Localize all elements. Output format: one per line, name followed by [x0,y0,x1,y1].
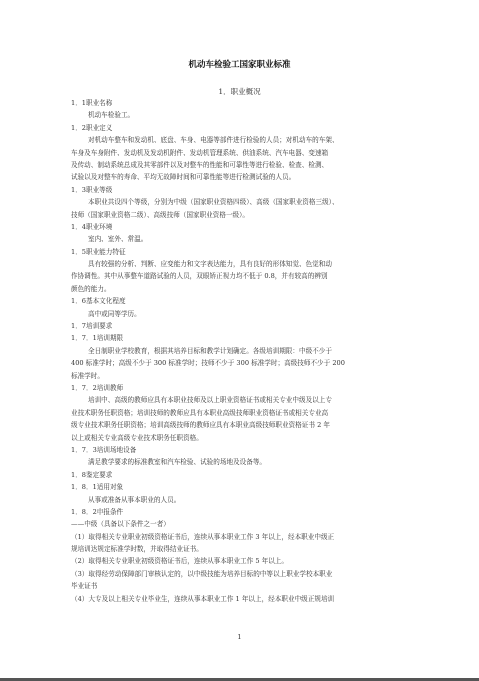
subsection-heading: 1．7．1培训期限 [71,332,411,344]
paragraph-line: 室内、室外、常温。 [71,233,411,245]
paragraph-line: 高中或同等学历。 [71,308,411,320]
paragraph-line: （3）取得经劳动保障部门审核认定的，以中级技能为培养目标的中等以上职业学校本职业 [71,568,411,580]
subsection-heading: 1．6基本文化程度 [71,295,411,307]
paragraph-line: 机动车检验工。 [71,109,411,121]
subsection-heading: 1．8．2申报条件 [71,506,411,518]
paragraph-line: 全日制职业学校教育，根据其培养目标和教学计划确定。各级培训期限：中级不少于 [71,345,411,357]
paragraph-line: 以上或相关专业高级专业技术职务任职资格。 [71,432,411,444]
subsection-heading: 1．4职业环境 [71,221,411,233]
paragraph-line: 从事或准备从事本职业的人员。 [71,494,411,506]
paragraph-line: 毕业证书 [71,580,411,592]
paragraph-line: 作协调性。其中从事整车道路试验的人员，双眼矫正视力均不低于 0.8，并有较高的辨… [71,270,411,282]
paragraph-line: 400 标准学时；高级不少于 300 标准学时；技师不少于 300 标准学时；高… [71,357,411,369]
paragraph-line: 车身及车身附件、发动机及发动机附件、发动机管理系统、供油系统、汽车电器、变速箱 [71,147,411,159]
subsection-heading: 1．8鉴定要求 [71,469,411,481]
paragraph-line: （2）取得相关专业职业初级资格证书后，连续从事本职业工作 5 年以上。 [71,555,411,567]
paragraph-line: ——中级（具备以下条件之一者） [71,518,411,530]
paragraph-line: （1）取得相关专业职业初级资格证书后，连续从事本职业工作 3 年以上，经本职业中… [71,531,411,543]
subsection-heading: 1．2职业定义 [71,122,411,134]
subsection-heading: 1．7．2培训教师 [71,382,411,394]
paragraph-line: （4）大专及以上相关专业毕业生，连续从事本职业工作 1 年以上，经本职业中级正规… [71,593,411,605]
paragraph-line: 级专业技术职务任职资格；培训高级技师的教师应具有本职业高级技师职业资格证书 2 … [71,419,411,431]
page-number: 1 [0,633,479,641]
subsection-heading: 1．7培训要求 [71,320,411,332]
subsection-heading: 1．8．1适用对象 [71,481,411,493]
subsection-heading: 1．7．3培训场地设备 [71,444,411,456]
paragraph-line: 业技术职务任职资格；培训技师的教师应具有本职业高级技师职业资格证书或相关专业高 [71,407,411,419]
subsection-heading: 1．1职业名称 [71,97,411,109]
paragraph-line: 标准学时。 [71,370,411,382]
paragraph-line: 颜色的能力。 [71,283,411,295]
paragraph-line: 具有较强的分析、判断、应变能力和文字表达能力，具有良好的形体知觉、色觉和动 [71,258,411,270]
document-body: 1．1职业名称机动车检验工。1．2职业定义对机动车整车和发动机、底盘、车身、电器… [71,97,411,605]
document-title: 机动车检验工国家职业标准 [0,58,479,70]
paragraph-line: 对机动车整车和发动机、底盘、车身、电器等部件进行检验的人员；对机动车的车架、 [71,134,411,146]
paragraph-line: 技师（国家职业资格二级）、高级技师（国家职业资格一级）。 [71,209,411,221]
paragraph-line: 满足教学要求的标准教室和汽车检验、试验的场地及设备等。 [71,456,411,468]
paragraph-line: 本职业共设四个等级，分别为中级（国家职业资格四级）、高级（国家职业资格三级）、 [71,196,411,208]
paragraph-line: 试验以及对整车的寿命、平均无故障时间和可靠性能等进行检测试验的人员。 [71,171,411,183]
paragraph-line: 规培训达规定标准学时数，并取得结业证书。 [71,543,411,555]
paragraph-line: 及传动、制动系统总成及其零部件以及对整车的性能和可靠性等进行检验、检查、检测、 [71,159,411,171]
paragraph-line: 培训中、高级的教师应具有本职业技师及以上职业资格证书或相关专业中级及以上专 [71,394,411,406]
section-heading: 1．职业概况 [0,86,479,97]
document-page: 机动车检验工国家职业标准 1．职业概况 1．1职业名称机动车检验工。1．2职业定… [0,0,479,678]
subsection-heading: 1．5职业能力特征 [71,246,411,258]
subsection-heading: 1．3职业等级 [71,184,411,196]
